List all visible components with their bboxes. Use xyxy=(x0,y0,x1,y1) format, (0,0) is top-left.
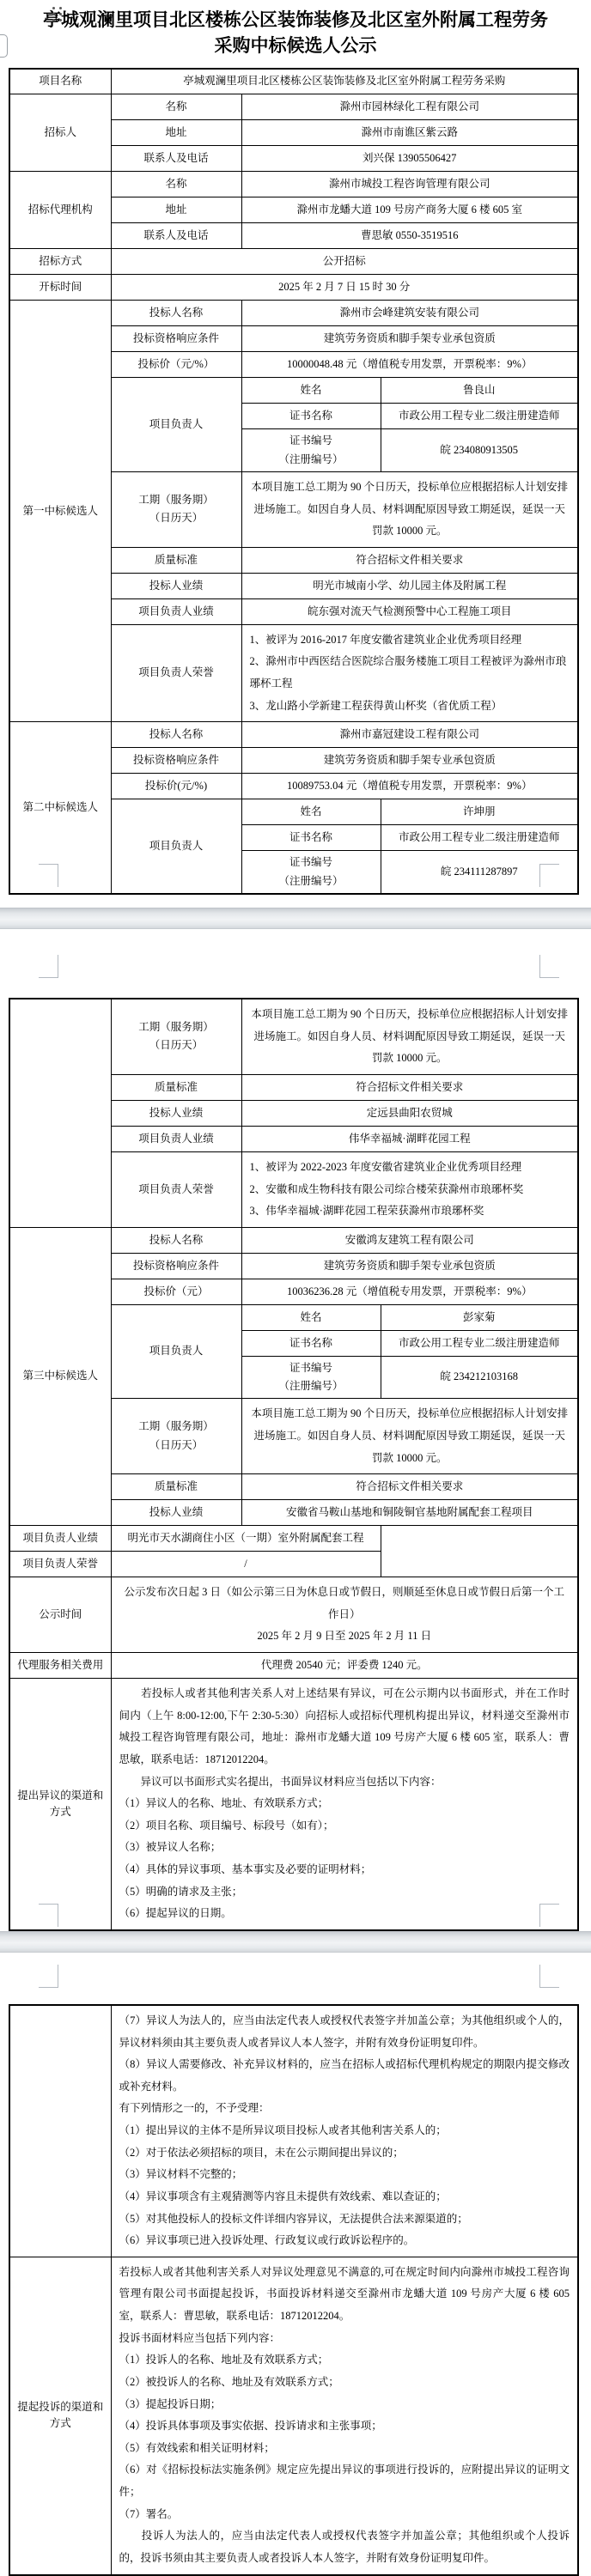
cell-label-name: 名称 xyxy=(111,94,241,120)
cell-c1-cert-name: 市政公用工程专业二级注册建造师 xyxy=(381,404,578,429)
cell-label-price: 投标价（元） xyxy=(111,1279,241,1304)
cell-open-time: 2025 年 2 月 7 日 15 时 30 分 xyxy=(111,275,578,301)
table-row: 工期（服务期） （日历天） 本项目施工总工期为 90 个日历天，投标单位应根据招… xyxy=(9,999,578,1074)
left-edge-tab[interactable] xyxy=(0,34,8,58)
announcement-table-page2: 工期（服务期） （日历天） 本项目施工总工期为 90 个日历天，投标单位应根据招… xyxy=(9,998,579,1931)
cell-objection-part1: 若投标人或者其他利害关系人对上述结果有异议，可在公示期内以书面形式，并在工作时间… xyxy=(111,1679,578,1930)
page-title: 亭城观澜里项目北区楼栋公区装饰装修及北区室外附属工程劳务采购中标候选人公示 xyxy=(0,0,591,68)
cell-c2-pm-perf: 伟华幸福城·湖畔花园工程 xyxy=(241,1126,578,1151)
page-2: 工期（服务期） （日历天） 本项目施工总工期为 90 个日历天，投标单位应根据招… xyxy=(0,929,591,1931)
cell-label-person-name: 姓名 xyxy=(241,378,381,404)
cell-c3-honors: / xyxy=(111,1552,381,1577)
cell-c2-qualification: 建筑劳务资质和脚手架专业承包资质 xyxy=(241,748,578,774)
cell-label-address: 地址 xyxy=(111,197,241,223)
cell-complaint: 若投标人或者其他利害关系人对异议处理意见不满意的,可在规定时间内向滁州市城投工程… xyxy=(111,2257,578,2574)
cell-label-qualification: 投标资格响应条件 xyxy=(111,748,241,774)
cell-tenderer-address: 滁州市南谯区紫云路 xyxy=(241,120,578,146)
cell-c3-qualification: 建筑劳务资质和脚手架专业承包资质 xyxy=(241,1253,578,1279)
cell-label-address: 地址 xyxy=(111,120,241,146)
cell-label-pm-perf: 项目负责人业绩 xyxy=(111,1126,241,1151)
cell-tenderer-contact: 刘兴保 13905506427 xyxy=(241,146,578,172)
cell-label-bidder-name: 投标人名称 xyxy=(111,722,241,748)
announcement-table-page3: （7）异议人为法人的，应当由法定代表人或授权代表签字并加盖公章；为其他组织或个人… xyxy=(9,2004,579,2576)
cell-c1-quality: 符合招标文件相关要求 xyxy=(241,547,578,573)
cell-label-qualification: 投标资格响应条件 xyxy=(111,1253,241,1279)
cell-label-agency-fee: 代理服务相关费用 xyxy=(9,1653,111,1679)
cell-c3-bidder-perf: 安徽省马鞍山基地和铜陵铜官基地附属配套工程项目 xyxy=(241,1500,578,1526)
cell-c2-company: 滁州市嘉冠建设工程有限公司 xyxy=(241,722,578,748)
cell-label-cert-name: 证书名称 xyxy=(241,404,381,429)
cell-bid-method: 公开招标 xyxy=(111,249,578,275)
margin-corner-mark xyxy=(39,864,58,887)
cell-c3-cert-no: 皖 234212103168 xyxy=(381,1356,578,1399)
cell-c2-duration: 本项目施工总工期为 90 个日历天，投标单位应根据招标人计划安排进场施工。如因自… xyxy=(241,999,578,1074)
table-row: 第三中标候选人 投标人名称 安徽鸿友建筑工程有限公司 xyxy=(9,1227,578,1253)
cell-c3-price: 10036236.28 元（增值税专用发票，开票税率：9%） xyxy=(241,1279,578,1304)
cell-label-project-manager: 项目负责人 xyxy=(111,799,241,894)
cell-c2-bidder-perf: 定远县曲阳农贸城 xyxy=(241,1100,578,1126)
cell-agency-address: 滁州市龙蟠大道 109 号房产商务大厦 6 楼 605 室 xyxy=(241,197,578,223)
cell-label-person-name: 姓名 xyxy=(241,1304,381,1330)
cell-label-person-name: 姓名 xyxy=(241,799,381,825)
cell-label-contact: 联系人及电话 xyxy=(111,223,241,249)
cell-label-cert-name: 证书名称 xyxy=(241,1330,381,1356)
cell-c3-duration: 本项目施工总工期为 90 个日历天，投标单位应根据招标人计划安排进场施工。如因自… xyxy=(241,1399,578,1474)
margin-corner-mark xyxy=(39,1904,58,1927)
table-row: （7）异议人为法人的，应当由法定代表人或授权代表签字并加盖公章；为其他组织或个人… xyxy=(9,2005,578,2257)
cell-label-pm-honor: 项目负责人荣誉 xyxy=(111,624,241,722)
cell-c2-honors: 1、被评为 2022-2023 年度安徽省建筑业企业优秀项目经理 2、安徽和成生… xyxy=(241,1151,578,1227)
cell-objection-part2: （7）异议人为法人的，应当由法定代表人或授权代表签字并加盖公章；为其他组织或个人… xyxy=(111,2005,578,2257)
margin-corner-mark xyxy=(539,864,559,887)
cell-label-pm-honor: 项目负责人荣誉 xyxy=(9,1552,111,1577)
cell-label-quality: 质量标准 xyxy=(111,1474,241,1500)
cell-label-third-candidate: 第三中标候选人 xyxy=(9,1227,111,1525)
cell-c3-quality: 符合招标文件相关要求 xyxy=(241,1474,578,1500)
cell-label-second-candidate: 第二中标候选人 xyxy=(9,722,111,894)
table-row: 第二中标候选人 投标人名称 滁州市嘉冠建设工程有限公司 xyxy=(9,722,578,748)
cell-publicity-time: 公示发布次日起 3 日（如公示第三日为休息日或节假日，则顺延至休息日或节假日后第… xyxy=(111,1577,578,1653)
margin-corner-mark xyxy=(39,955,58,978)
cell-c2-price: 10089753.04 元（增值税专用发票，开票税率：9%） xyxy=(241,774,578,799)
table-row: 招标人 名称 滁州市园林绿化工程有限公司 xyxy=(9,94,578,120)
cell-label-duration: 工期（服务期） （日历天） xyxy=(111,471,241,547)
table-row: 项目负责人荣誉 / xyxy=(9,1552,578,1577)
cell-label-pm-honor: 项目负责人荣誉 xyxy=(111,1151,241,1227)
cell-label-project-name: 项目名称 xyxy=(9,69,111,94)
announcement-table-page1: 项目名称 亭城观澜里项目北区楼栋公区装饰装修及北区室外附属工程劳务采购 招标人 … xyxy=(9,68,579,895)
cell-label-bidder-perf: 投标人业绩 xyxy=(111,1100,241,1126)
cell-label-price: 投标价(元/%) xyxy=(111,774,241,799)
table-row: 招标代理机构 名称 滁州市城投工程咨询管理有限公司 xyxy=(9,172,578,197)
cell-c1-honors: 1、被评为 2016-2017 年度安徽省建筑业企业优秀项目经理 2、滁州市中西… xyxy=(241,624,578,722)
cell-label-first-candidate: 第一中标候选人 xyxy=(9,301,111,722)
cell-c3-pm-name: 彭家菊 xyxy=(381,1304,578,1330)
cell-label-cert-no: 证书编号 （注册编号） xyxy=(241,429,381,472)
cell-c3-pm-perf: 明光市天水湖商住小区（一期）室外附属配套工程 xyxy=(111,1526,381,1552)
cell-label-bidder-perf: 投标人业绩 xyxy=(111,1500,241,1526)
cell-label-tenderer: 招标人 xyxy=(9,94,111,172)
table-row: 招标方式 公开招标 xyxy=(9,249,578,275)
cell-c2-quality: 符合招标文件相关要求 xyxy=(241,1074,578,1100)
cell-label-qualification: 投标资格响应条件 xyxy=(111,326,241,352)
cell-label-cert-no: 证书编号 （注册编号） xyxy=(241,851,381,894)
table-row: 公示时间 公示发布次日起 3 日（如公示第三日为休息日或节假日，则顺延至休息日或… xyxy=(9,1577,578,1653)
cell-label-project-manager: 项目负责人 xyxy=(111,378,241,472)
cell-label-name: 名称 xyxy=(111,172,241,197)
cell-c1-cert-no: 皖 234080913505 xyxy=(381,429,578,472)
page-separator xyxy=(0,908,591,929)
cell-tenderer-name: 滁州市园林绿化工程有限公司 xyxy=(241,94,578,120)
cell-label-bidder-perf: 投标人业绩 xyxy=(111,573,241,598)
cell-label-second-candidate-cont xyxy=(9,999,111,1227)
cell-c2-pm-name: 许坤朋 xyxy=(381,799,578,825)
cell-agency-contact: 曹思敏 0550-3519516 xyxy=(241,223,578,249)
cell-label-contact: 联系人及电话 xyxy=(111,146,241,172)
cell-project-name: 亭城观澜里项目北区楼栋公区装饰装修及北区室外附属工程劳务采购 xyxy=(111,69,578,94)
page-separator xyxy=(0,1931,591,1953)
cell-label-duration: 工期（服务期） （日历天） xyxy=(111,1399,241,1474)
cell-label-pm-perf: 项目负责人业绩 xyxy=(111,598,241,624)
cell-c1-bidder-perf: 明光市城南小学、幼儿园主体及附属工程 xyxy=(241,573,578,598)
cell-label-bidder-name: 投标人名称 xyxy=(111,301,241,326)
cell-c1-price: 10000048.48 元（增值税专用发票，开票税率：9%） xyxy=(241,352,578,378)
cell-label-open-time: 开标时间 xyxy=(9,275,111,301)
cell-agency-name: 滁州市城投工程咨询管理有限公司 xyxy=(241,172,578,197)
cell-c2-cert-name: 市政公用工程专业二级注册建造师 xyxy=(381,825,578,851)
cell-label-price: 投标价（元/%） xyxy=(111,352,241,378)
cell-c1-pm-perf: 皖东强对流天气检测预警中心工程施工项目 xyxy=(241,598,578,624)
cell-c3-company: 安徽鸿友建筑工程有限公司 xyxy=(241,1227,578,1253)
cell-label-cert-name: 证书名称 xyxy=(241,825,381,851)
cell-label-quality: 质量标准 xyxy=(111,547,241,573)
cell-agency-fee: 代理费 20540 元；评委费 1240 元。 xyxy=(111,1653,578,1679)
cell-label-bid-method: 招标方式 xyxy=(9,249,111,275)
cell-label-objection: 提出异议的渠道和方式 xyxy=(9,1679,111,1930)
margin-corner-mark xyxy=(539,955,559,978)
cell-label-publicity-time: 公示时间 xyxy=(9,1577,111,1653)
cell-label-bidder-name: 投标人名称 xyxy=(111,1227,241,1253)
cell-label-project-manager: 项目负责人 xyxy=(111,1304,241,1399)
cell-label-objection-cont xyxy=(9,2005,111,2257)
drag-handle-icon[interactable] xyxy=(52,7,64,22)
cell-label-cert-no: 证书编号 （注册编号） xyxy=(241,1356,381,1399)
cell-label-agency: 招标代理机构 xyxy=(9,172,111,249)
cell-c1-duration: 本项目施工总工期为 90 个日历天，投标单位应根据招标人计划安排进场施工。如因自… xyxy=(241,471,578,547)
cell-c1-company: 滁州市会峰建筑安装有限公司 xyxy=(241,301,578,326)
table-row: 项目名称 亭城观澜里项目北区楼栋公区装饰装修及北区室外附属工程劳务采购 xyxy=(9,69,578,94)
margin-corner-mark xyxy=(39,1965,58,1988)
page-3: （7）异议人为法人的，应当由法定代表人或授权代表签字并加盖公章；为其他组织或个人… xyxy=(0,1953,591,2576)
cell-c1-qualification: 建筑劳务资质和脚手架专业承包资质 xyxy=(241,326,578,352)
page-1: 亭城观澜里项目北区楼栋公区装饰装修及北区室外附属工程劳务采购中标候选人公示 项目… xyxy=(0,0,591,908)
cell-label-complaint: 提起投诉的渠道和方式 xyxy=(9,2257,111,2574)
margin-corner-mark xyxy=(539,1965,559,1988)
cell-c3-cert-name: 市政公用工程专业二级注册建造师 xyxy=(381,1330,578,1356)
table-row: 项目负责人业绩 明光市天水湖商住小区（一期）室外附属配套工程 xyxy=(9,1526,578,1552)
cell-c1-pm-name: 鲁良山 xyxy=(381,378,578,404)
margin-corner-mark xyxy=(539,1904,559,1927)
document-canvas: 亭城观澜里项目北区楼栋公区装饰装修及北区室外附属工程劳务采购中标候选人公示 项目… xyxy=(0,0,591,2576)
table-row: 第一中标候选人 投标人名称 滁州市会峰建筑安装有限公司 xyxy=(9,301,578,326)
cell-label-quality: 质量标准 xyxy=(111,1074,241,1100)
cell-label-duration: 工期（服务期） （日历天） xyxy=(111,999,241,1074)
table-row: 提出异议的渠道和方式 若投标人或者其他利害关系人对上述结果有异议，可在公示期内以… xyxy=(9,1679,578,1930)
table-row: 开标时间 2025 年 2 月 7 日 15 时 30 分 xyxy=(9,275,578,301)
table-row: 代理服务相关费用 代理费 20540 元；评委费 1240 元。 xyxy=(9,1653,578,1679)
table-row: 提起投诉的渠道和方式 若投标人或者其他利害关系人对异议处理意见不满意的,可在规定… xyxy=(9,2257,578,2574)
cell-label-pm-perf: 项目负责人业绩 xyxy=(9,1526,111,1552)
